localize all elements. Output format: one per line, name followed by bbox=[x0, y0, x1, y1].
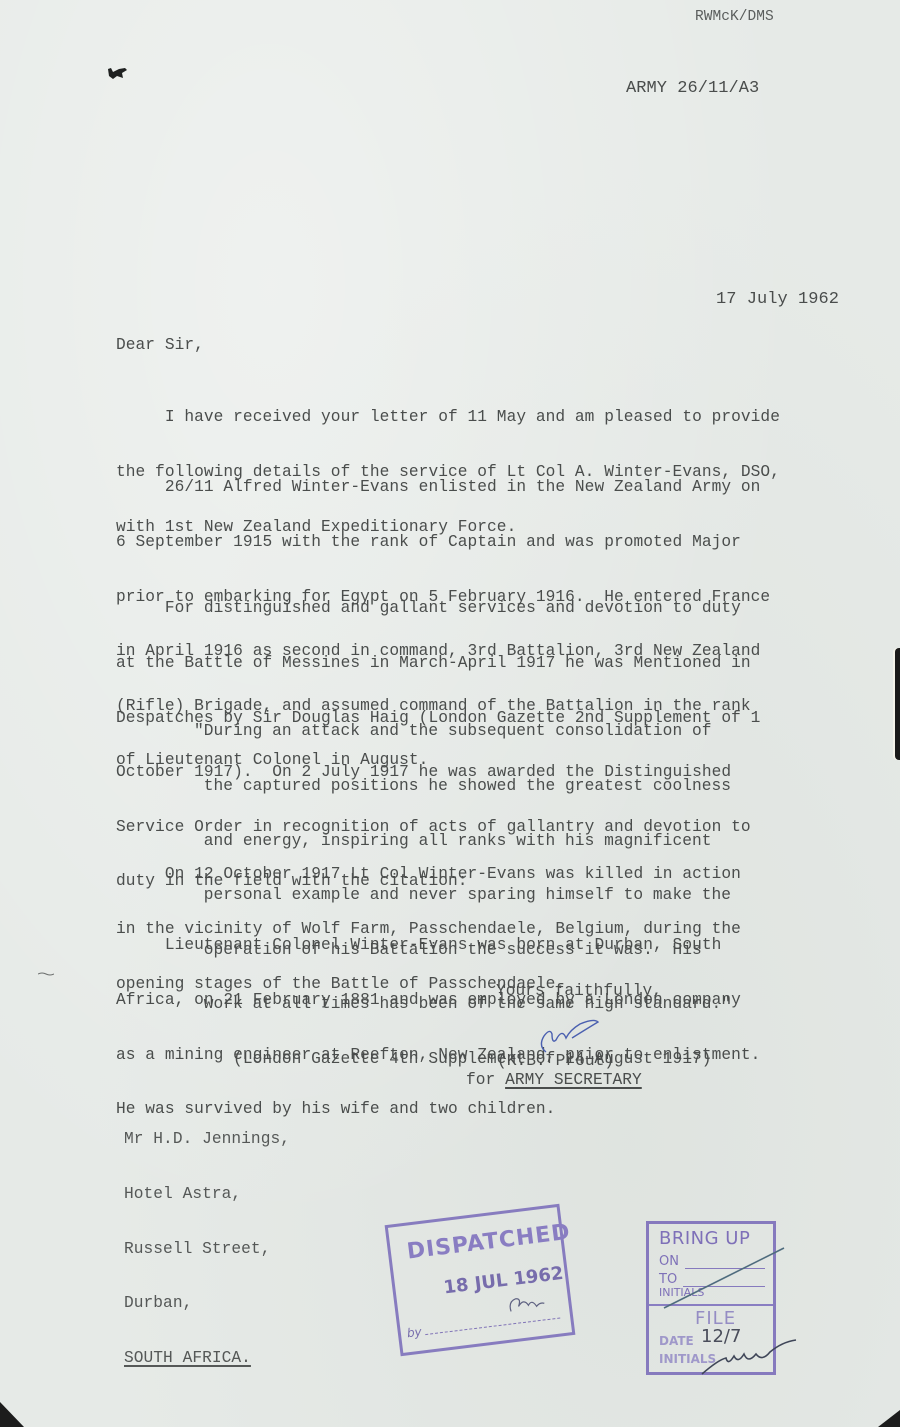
closing: Yours faithfully, bbox=[496, 982, 662, 1000]
dispatched-stamp: DISPATCHED 18 JUL 1962 by bbox=[385, 1204, 576, 1356]
signatory-for-line: for ARMY SECRETARY bbox=[466, 1071, 642, 1089]
for-prefix: for bbox=[466, 1071, 505, 1089]
address-line: Russell Street, bbox=[124, 1240, 290, 1258]
dispatch-initials-scribble bbox=[505, 1289, 548, 1318]
letter-page: RWMcK/DMS ARMY 26/11/A3 17 July 1962 Dea… bbox=[0, 0, 900, 1427]
file-date-label: DATE bbox=[659, 1334, 694, 1348]
text-line: 6 September 1915 with the rank of Captai… bbox=[116, 533, 770, 551]
letter-date: 17 July 1962 bbox=[716, 291, 839, 309]
text-line: Lieutenant Colonel Winter-Evans was born… bbox=[116, 936, 760, 954]
signature-scribble bbox=[536, 1018, 602, 1054]
text-line: 26/11 Alfred Winter-Evans enlisted in th… bbox=[116, 478, 770, 496]
address-line: Hotel Astra, bbox=[124, 1185, 290, 1203]
text-line: at the Battle of Messines in March-April… bbox=[116, 654, 760, 672]
corner-fold-bottom-left bbox=[0, 1402, 24, 1427]
text-line: as a mining engineer at Reefton, New Zea… bbox=[116, 1046, 760, 1064]
text-line: Africa, on 21 February 1881 and was empl… bbox=[116, 991, 760, 1009]
addressee-block: Mr H.D. Jennings, Hotel Astra, Russell S… bbox=[124, 1094, 290, 1403]
text-line: For distinguished and gallant services a… bbox=[116, 599, 760, 617]
page-edge-notch bbox=[895, 648, 900, 760]
dispatched-by-line bbox=[425, 1318, 560, 1336]
text-line: I have received your letter of 11 May an… bbox=[116, 408, 780, 426]
address-line: Mr H.D. Jennings, bbox=[124, 1130, 290, 1148]
dispatched-stamp-title: DISPATCHED bbox=[406, 1220, 572, 1265]
signatory-office: ARMY SECRETARY bbox=[505, 1071, 642, 1089]
file-reference: ARMY 26/11/A3 bbox=[626, 80, 759, 98]
dispatched-by-label: by bbox=[406, 1325, 422, 1341]
file-initials-scribble bbox=[700, 1336, 800, 1376]
dispatched-stamp-date: 18 JUL 1962 bbox=[442, 1263, 564, 1299]
bring-up-strike-line bbox=[660, 1246, 790, 1310]
reference-initials: RWMcK/DMS bbox=[695, 8, 774, 26]
text-line: the captured positions he showed the gre… bbox=[194, 777, 731, 795]
signatory-name: (K.B. Prout) bbox=[497, 1052, 614, 1070]
corner-fold-bottom-right bbox=[878, 1410, 900, 1427]
margin-mark bbox=[38, 972, 54, 976]
salutation: Dear Sir, bbox=[116, 336, 204, 354]
address-line: Durban, bbox=[124, 1294, 290, 1312]
ink-blot-mark bbox=[105, 66, 129, 82]
address-country: SOUTH AFRICA. bbox=[124, 1349, 290, 1367]
text-line: "During an attack and the subsequent con… bbox=[194, 722, 731, 740]
text-line: On 12 October 1917 Lt Col Winter-Evans w… bbox=[116, 865, 741, 883]
